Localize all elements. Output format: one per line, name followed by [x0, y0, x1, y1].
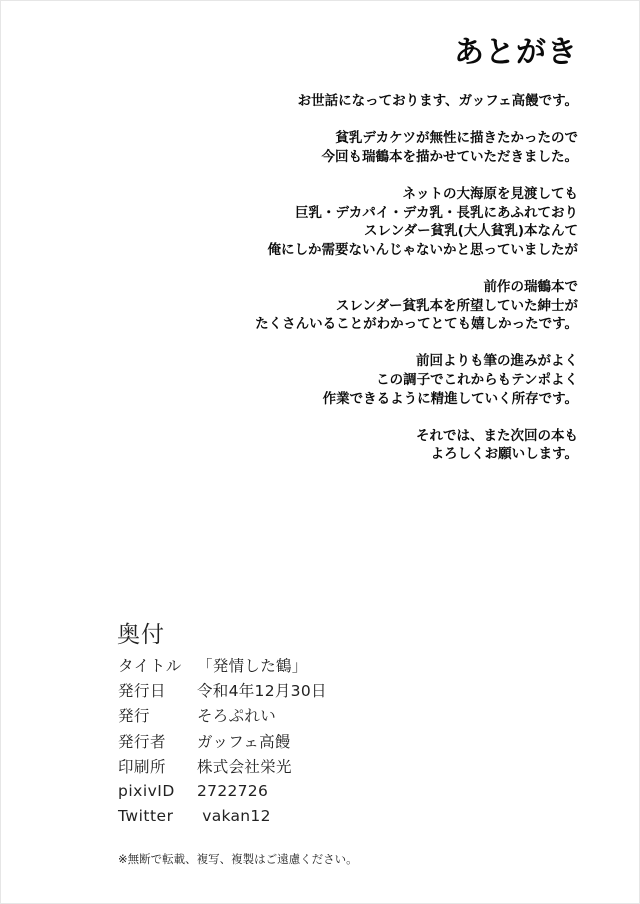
afterword-paragraph-closing: それでは、また次回の本も よろしくお願いします。	[255, 427, 578, 464]
afterword-paragraph-market: ネットの大海原を見渡しても 巨乳・デカパイ・デカ乳・長乳にあふれており スレンダ…	[255, 185, 578, 259]
colophon-row-printer: 印刷所 株式会社栄光	[118, 753, 327, 778]
afterword-line: それでは、また次回の本も	[255, 427, 578, 446]
afterword-paragraph-progress: 前回よりも筆の進みがよく この調子でこれからもテンポよく 作業できるように精進し…	[255, 352, 578, 408]
afterword-line: スレンダー貧乳(大人貧乳)本なんて	[255, 222, 578, 241]
colophon-label: Twitter	[118, 807, 197, 825]
colophon-label: 印刷所	[118, 755, 197, 777]
afterword-line: この調子でこれからもテンポよく	[255, 371, 578, 390]
afterword-line: 貧乳デカケツが無性に描きたかったので	[255, 129, 578, 148]
afterword-line: よろしくお願いします。	[255, 445, 578, 464]
afterword-body: お世話になっております、ガッフェ高饅です。 貧乳デカケツが無性に描きたかったので…	[255, 92, 578, 482]
afterword-line: 巨乳・デカパイ・デカ乳・長乳にあふれており	[255, 204, 578, 223]
afterword-line: 前回よりも筆の進みがよく	[255, 352, 578, 371]
copyright-notice: ※無断で転載、複写、複製はご遠慮ください。	[118, 851, 358, 867]
colophon-value: 「発情した鶴」	[197, 654, 308, 676]
afterword-line: 作業できるように精進していく所存です。	[255, 390, 578, 409]
afterword-line: お世話になっております、ガッフェ高饅です。	[255, 92, 578, 111]
colophon-row-publisher-circle: 発行 そろぷれい	[118, 703, 327, 728]
colophon-label: 発行者	[118, 730, 197, 752]
colophon-row-pixiv-id: pixivID 2722726	[118, 778, 327, 803]
colophon-value: ガッフェ高饅	[197, 730, 291, 752]
colophon-label: 発行	[118, 704, 197, 726]
afterword-title: あとがき	[454, 27, 578, 71]
colophon-row-twitter: Twitter vakan12	[118, 804, 327, 829]
colophon-label: 発行日	[118, 679, 197, 701]
afterword-line: ネットの大海原を見渡しても	[255, 185, 578, 204]
afterword-line: たくさんいることがわかってとても嬉しかったです。	[255, 315, 578, 334]
afterword-paragraph-motivation: 貧乳デカケツが無性に描きたかったので 今回も瑞鶴本を描かせていただきました。	[255, 129, 578, 166]
afterword-line: 前作の瑞鶴本で	[255, 278, 578, 297]
colophon-value: 令和4年12月30日	[197, 679, 327, 701]
colophon-value: そろぷれい	[197, 704, 276, 726]
colophon-row-publish-date: 発行日 令和4年12月30日	[118, 677, 327, 702]
afterword-line: 俺にしか需要ないんじゃないかと思っていましたが	[255, 241, 578, 260]
colophon-label: タイトル	[118, 654, 197, 676]
afterword-line: スレンダー貧乳本を所望していた紳士が	[255, 297, 578, 316]
afterword-paragraph-previous-work: 前作の瑞鶴本で スレンダー貧乳本を所望していた紳士が たくさんいることがわかって…	[255, 278, 578, 334]
colophon-value: 株式会社栄光	[197, 755, 292, 777]
colophon-title: 奥付	[117, 616, 165, 649]
afterword-line: 今回も瑞鶴本を描かせていただきました。	[255, 148, 578, 167]
colophon-value: vakan12	[197, 807, 271, 825]
colophon-label: pixivID	[118, 782, 197, 800]
afterword-paragraph-greeting: お世話になっております、ガッフェ高饅です。	[255, 92, 578, 111]
colophon-table: タイトル 「発情した鶴」 発行日 令和4年12月30日 発行 そろぷれい 発行者…	[118, 652, 327, 829]
colophon-row-publisher: 発行者 ガッフェ高饅	[118, 728, 327, 753]
colophon-row-title: タイトル 「発情した鶴」	[118, 652, 327, 677]
colophon-value: 2722726	[197, 782, 268, 800]
